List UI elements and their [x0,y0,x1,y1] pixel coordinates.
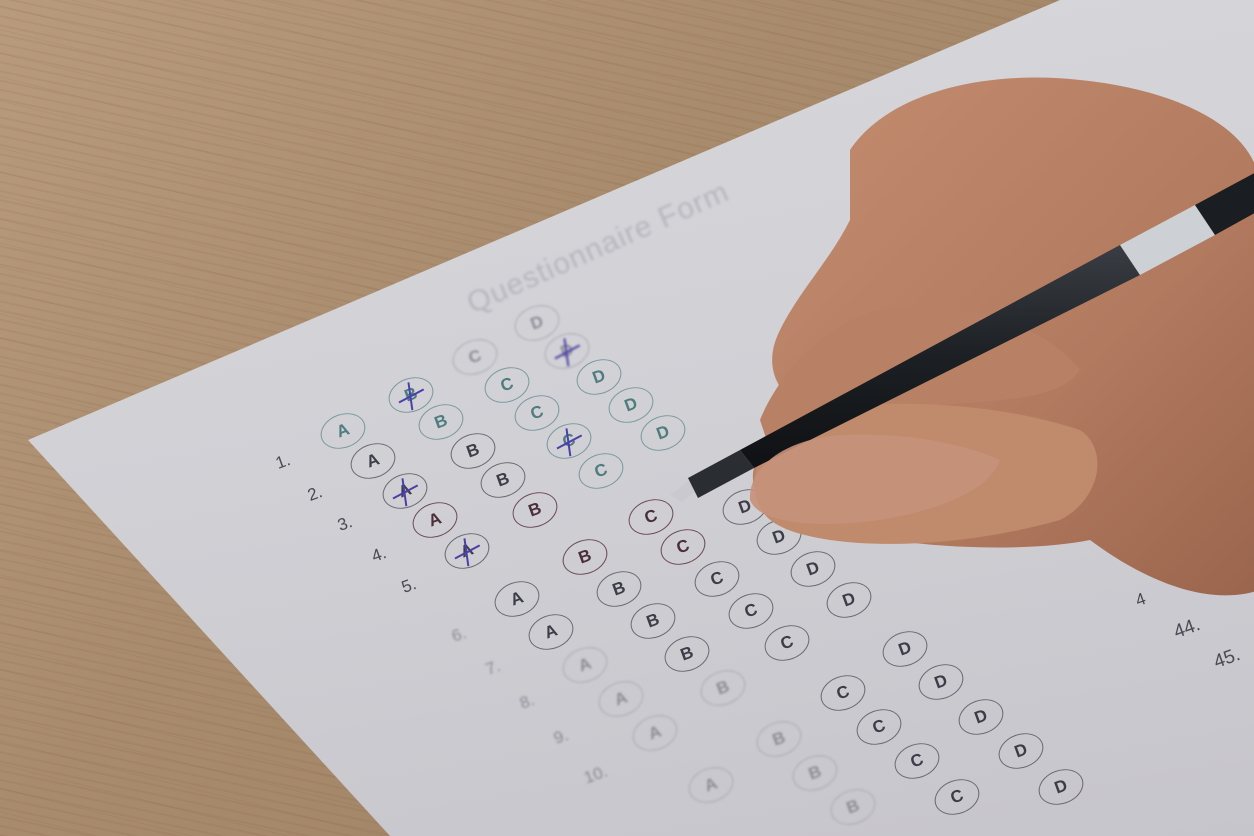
bubble-label: C [528,402,546,425]
bubble-label: A [458,540,476,563]
photo-scene: Questionnaire Form 1. 2. 3. 4. 5. 6. 7. … [0,0,1254,836]
bubble-label: C [778,632,796,655]
bubble-label: B [844,796,862,819]
bubble-label: C [466,346,484,369]
bubble-label: C [870,716,888,739]
bubble-label: B [432,411,450,434]
bubble-label: A [364,450,382,473]
bubble-label: A [702,774,720,797]
bubble-label: A [576,654,594,677]
bubble-label: C [642,506,660,529]
bubble-label: D [972,706,990,729]
bubble-label: A [542,621,560,644]
bubble-label: A [646,722,664,745]
bubble-label: B [576,546,594,569]
bubble-label: B [526,499,544,522]
bubble-label: A [396,480,414,503]
bubble-label: C [560,430,578,453]
bubble-label: D [932,671,950,694]
bubble-label: C [592,460,610,483]
bubble-label: B [714,677,732,700]
bubble-label: B [678,643,696,666]
bubble-label: C [908,750,926,773]
bubble-label: D [590,366,608,389]
bubble-label: C [498,374,516,397]
bubble-label: B [402,384,420,407]
bubble-label: B [610,578,628,601]
bubble-label: C [948,786,966,809]
bubble-label: C [834,682,852,705]
bubble-label: B [464,440,482,463]
bubble-label: B [806,762,824,785]
bubble-label: D [1052,776,1070,799]
bubble-label: A [508,588,526,611]
bubble-label: A [612,688,630,711]
bubble-label: D [1012,740,1030,763]
bubble-label: B [770,728,788,751]
bubble-label: A [426,509,444,532]
bubble-label: D [622,394,640,417]
bubble-label: D [896,638,914,661]
hand-with-pen [660,70,1254,630]
bubble-label: D [558,340,576,363]
bubble-label: D [528,312,546,335]
bubble-label: B [494,469,512,492]
bubble-label: A [334,420,352,443]
